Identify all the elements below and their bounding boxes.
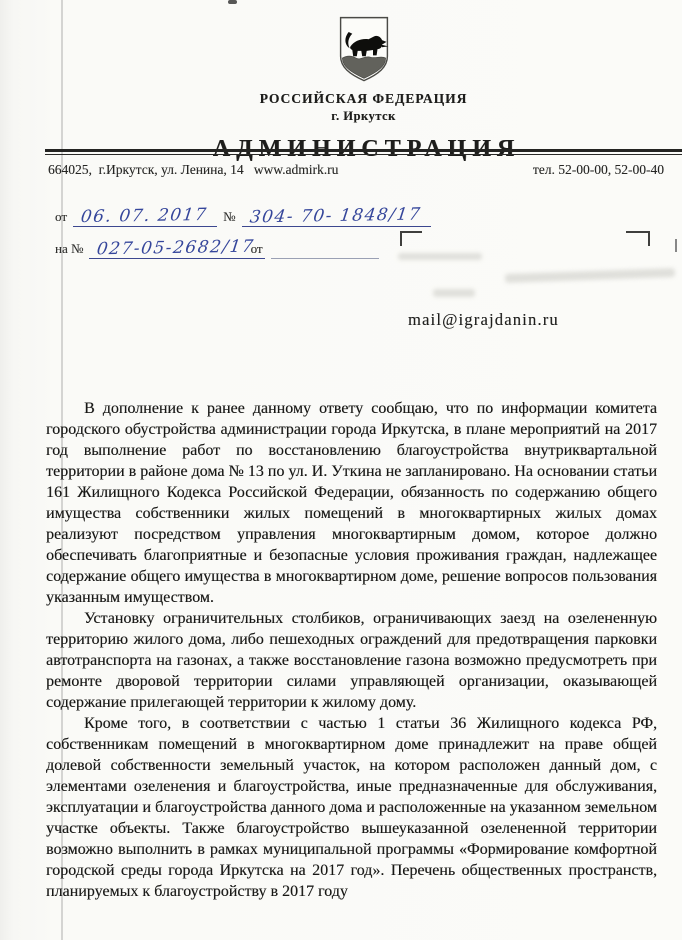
address-corner-mark-left xyxy=(400,231,422,246)
contact-line: 664025, г.Иркутск, ул. Ленина, 14 www.ad… xyxy=(48,162,664,178)
body-paragraph: Кроме того, в соответствии с частью 1 ст… xyxy=(46,713,657,902)
incoming-reference-line: на № 027-05-2682/17 от xyxy=(55,227,437,259)
letterhead: РОССИЙСКАЯ ФЕДЕРАЦИЯ г. Иркутск АДМИНИСТ… xyxy=(45,14,682,163)
phone-numbers: тел. 52-00-00, 52-00-40 xyxy=(533,162,664,178)
handwritten-out-number: 304- 70- 1848/17 xyxy=(248,205,422,228)
redacted-text-smudge xyxy=(433,289,475,297)
handwritten-in-number: 027-05-2682/17 xyxy=(96,237,256,260)
city-name: г. Иркутск xyxy=(45,109,682,124)
country-name: РОССИЙСКАЯ ФЕДЕРАЦИЯ xyxy=(45,91,682,107)
out-number-field: 304- 70- 1848/17 xyxy=(242,206,431,227)
address-corner-mark-right xyxy=(626,231,650,246)
redacted-text-smudge xyxy=(398,253,482,260)
recipient-email: mail@igrajdanin.ru xyxy=(408,310,559,330)
letter-body: В дополнение к ранее данному ответу сооб… xyxy=(46,398,657,902)
scan-artifact-tick xyxy=(675,239,677,252)
out-date-field: 06. 07. 2017 xyxy=(73,206,217,227)
redacted-text-smudge xyxy=(505,268,675,283)
out-number-label: № xyxy=(223,209,235,227)
body-paragraph: В дополнение к ранее данному ответу сооб… xyxy=(46,398,657,608)
in-number-label: на № xyxy=(55,241,83,259)
in-date-blank-field xyxy=(271,244,379,259)
body-paragraph: Установку ограничительных столбиков, огр… xyxy=(46,608,657,713)
handwritten-out-date: 06. 07. 2017 xyxy=(80,205,209,227)
in-number-field: 027-05-2682/17 xyxy=(89,238,264,259)
outgoing-reference-line: от 06. 07. 2017 № 304- 70- 1848/17 xyxy=(55,195,437,227)
reference-block: от 06. 07. 2017 № 304- 70- 1848/17 на № … xyxy=(55,195,437,259)
letterhead-divider xyxy=(45,149,682,155)
irkutsk-coat-of-arms-icon xyxy=(337,14,391,86)
out-date-label: от xyxy=(55,209,67,227)
scan-speck xyxy=(228,0,237,4)
postal-address: 664025, г.Иркутск, ул. Ленина, 14 www.ad… xyxy=(48,162,338,178)
scanned-letter-page: РОССИЙСКАЯ ФЕДЕРАЦИЯ г. Иркутск АДМИНИСТ… xyxy=(0,0,682,940)
